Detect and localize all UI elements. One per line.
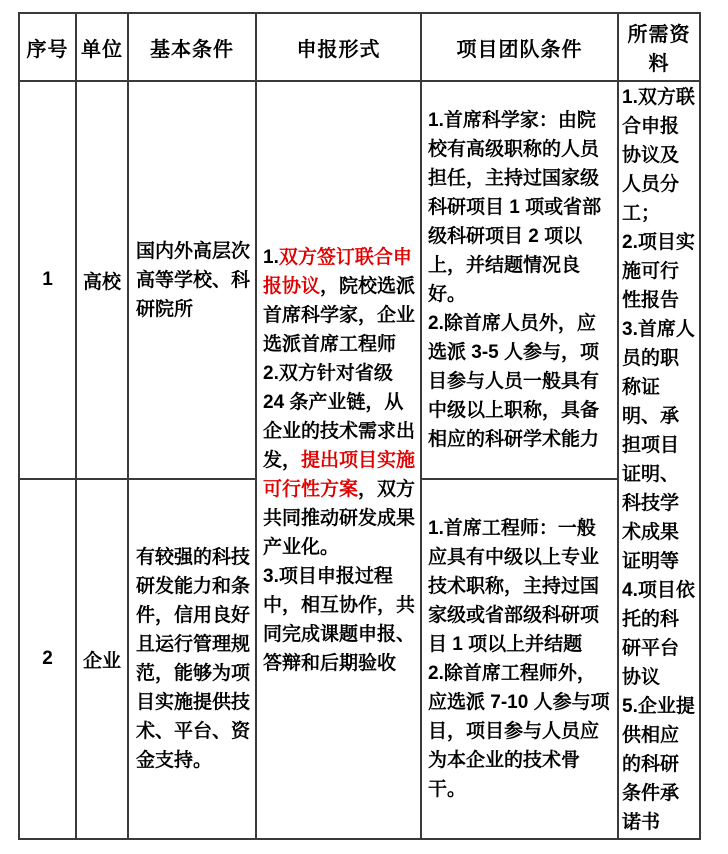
cell-seq-1: 1 (19, 81, 76, 479)
cell-application-form: 1.双方签订联合申报协议，院校选派首席科学家，企业选派首席工程师2.双方针对省级… (256, 81, 421, 839)
cell-required-materials: 1.双方联合申报协议及人员分工；2.项目实施可行性报告3.首席人员的职称证明、承… (618, 81, 700, 839)
document-page: 序号 单位 基本条件 申报形式 项目团队条件 所需资料 1 高校 国内外高层次高… (0, 0, 728, 854)
cell-basic-universities: 国内外高层次高等学校、科研院所 (128, 81, 256, 479)
header-basic-conditions: 基本条件 (128, 13, 256, 81)
cell-unit-enterprises: 企业 (76, 479, 128, 839)
header-row: 序号 单位 基本条件 申报形式 项目团队条件 所需资料 (19, 13, 700, 81)
table-row-universities: 1 高校 国内外高层次高等学校、科研院所 1.双方签订联合申报协议，院校选派首席… (19, 81, 700, 479)
header-team-conditions: 项目团队条件 (421, 13, 618, 81)
cell-unit-universities: 高校 (76, 81, 128, 479)
header-application-form: 申报形式 (256, 13, 421, 81)
header-unit: 单位 (76, 13, 128, 81)
header-required-materials: 所需资料 (618, 13, 700, 81)
cell-team-universities: 1.首席科学家：由院校有高级职称的人员担任，主持过国家级科研项目 1 项或省部级… (421, 81, 618, 479)
requirements-table: 序号 单位 基本条件 申报形式 项目团队条件 所需资料 1 高校 国内外高层次高… (18, 12, 701, 840)
cell-team-enterprises: 1.首席工程师：一般应具有中级以上专业技术职称，主持过国家级或省部级科研项目 1… (421, 479, 618, 839)
cell-basic-enterprises: 有较强的科技研发能力和条件，信用良好且运行管理规范，能够为项目实施提供技术、平台… (128, 479, 256, 839)
header-seq: 序号 (19, 13, 76, 81)
cell-seq-2: 2 (19, 479, 76, 839)
